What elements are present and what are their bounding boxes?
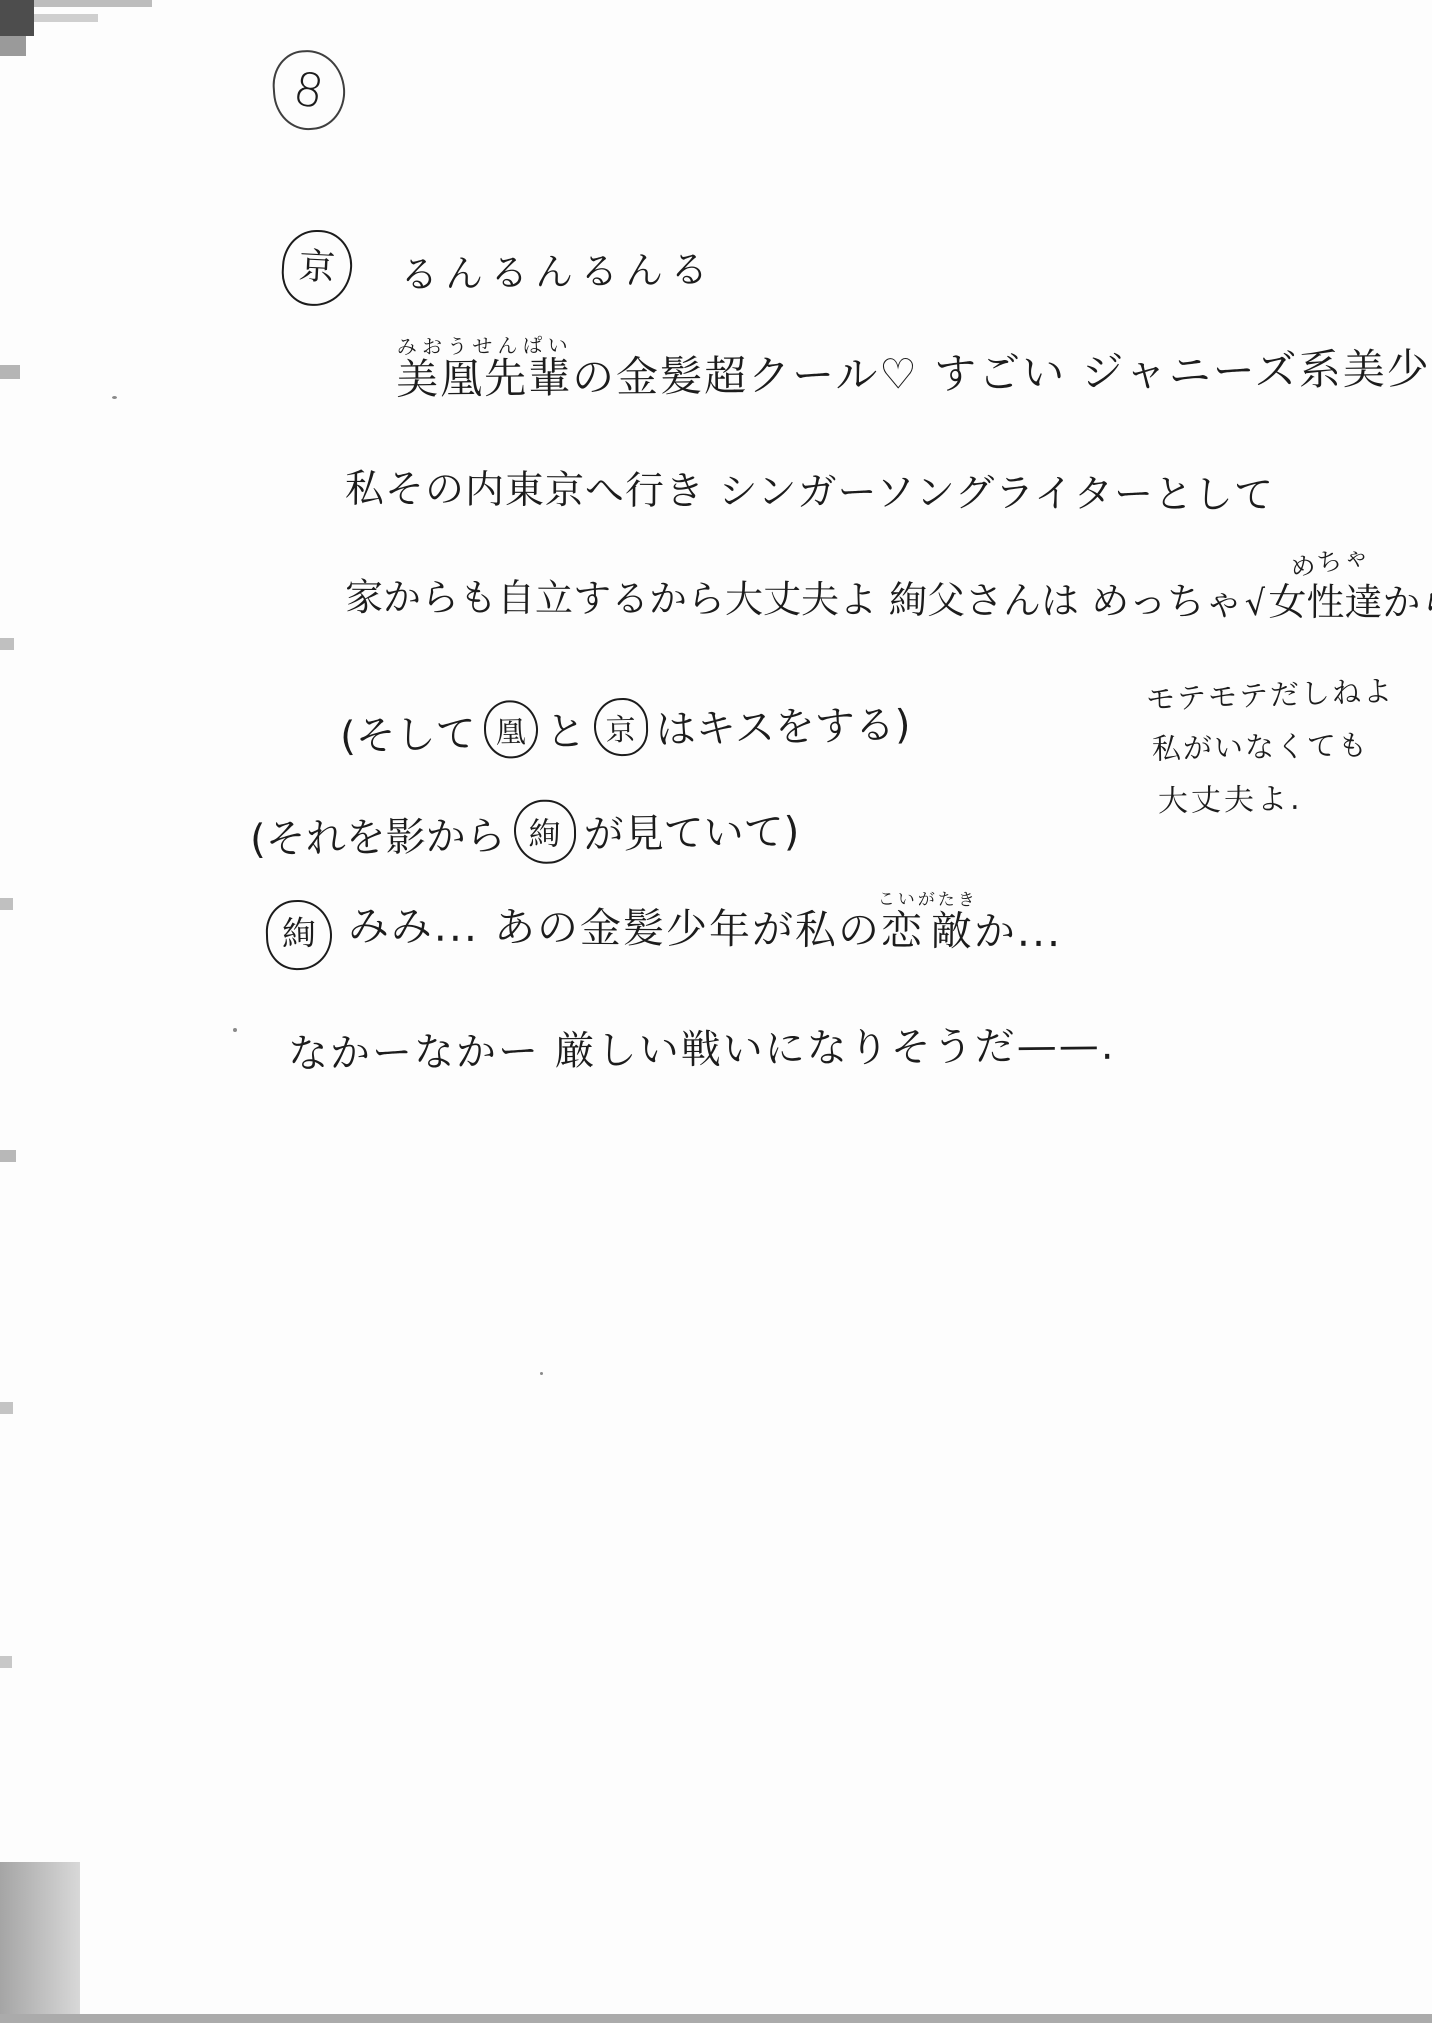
dialogue-line: 美凰先輩みおうせんぱいの金髪超クール♡ すごい ジャニーズ系美少年♡ — [396, 324, 1432, 403]
speaker-name: 京 — [298, 247, 336, 288]
speaker-badge-kyo: 京 — [280, 228, 354, 308]
scan-speck — [112, 396, 117, 399]
scan-strip-bottom — [0, 2014, 1432, 2023]
furigana: みおうせんぱい — [396, 333, 572, 359]
margin-note-line: モテモテだしねよ — [1146, 676, 1395, 717]
speaker-name: 絢 — [281, 916, 316, 955]
circled-name-text: 絢 — [528, 808, 561, 854]
circled-name-ou: 凰 — [483, 700, 538, 759]
scan-tick-left5 — [0, 1402, 13, 1414]
scan-tick-left6 — [0, 1656, 12, 1668]
stage-text: が見ていて) — [583, 800, 799, 860]
dialogue-line: 家からも自立するから大丈夫よ 絢父さんは めっちゃ√女性達から — [345, 577, 1432, 625]
speaker-badge-aya: 絢 — [265, 899, 333, 971]
circled-name-text: 凰 — [495, 707, 526, 752]
scan-speck — [540, 1372, 543, 1375]
scan-speck — [233, 1028, 237, 1032]
scan-corner-block2 — [0, 36, 26, 56]
circled-name-aya: 絢 — [513, 799, 576, 864]
page-number: 8 — [290, 63, 328, 118]
insertion-note: めちゃ — [1288, 541, 1373, 582]
scan-tick-left3 — [0, 898, 13, 910]
stage-direction-kiss: (そして 凰 と 京 はキスをする) — [339, 692, 911, 762]
scan-corner-block — [0, 0, 34, 36]
circled-name-text: 京 — [605, 705, 636, 750]
dialogue-text: みみ... あの金髪少年が私の — [348, 902, 882, 955]
dialogue-text: 女性達から — [1268, 580, 1432, 625]
dialogue-text: の金髪超クール♡ すごい ジャニーズ系美少年♡ — [572, 343, 1432, 402]
stage-text: と — [545, 699, 586, 757]
ruby-mio-senpai: 美凰先輩みおうせんぱい — [396, 353, 573, 404]
stage-direction-watching: (それを影から 絢 が見ていて) — [250, 796, 800, 868]
dialogue-line: みみ... あの金髪少年が私の恋敵こいがたきか... — [348, 885, 1063, 955]
dialogue-text: 家からも自立するから大丈夫よ 絢父さんは めっちゃ — [345, 575, 1243, 624]
dialogue-text: か... — [974, 907, 1063, 956]
dialogue-line: るんるんるんる — [400, 249, 716, 296]
circled-name-kyo: 京 — [593, 698, 648, 757]
ruby-base: 恋敵 — [877, 907, 977, 956]
dialogue-line: なかーなかー 厳しい戦いになりそうだ——. — [288, 1024, 1116, 1077]
scan-band-bottom-left — [0, 1862, 80, 2023]
scan-tick-left2 — [0, 638, 14, 650]
margin-note-line: 私がいなくても — [1152, 730, 1370, 766]
insertion-caret: √ — [1243, 585, 1268, 624]
ruby-base: 美凰先輩 — [396, 353, 573, 404]
margin-note-line: 大丈夫よ. — [1158, 783, 1303, 819]
page-number-circle: 8 — [270, 48, 347, 133]
scan-tick-left1 — [0, 365, 20, 379]
furigana: こいがたき — [878, 890, 978, 911]
ruby-koigataki: 恋敵こいがたき — [881, 907, 974, 956]
stage-text: (そして — [339, 702, 476, 762]
scanned-handwritten-page: 8 京 るんるんるんる 美凰先輩みおうせんぱいの金髪超クール♡ すごい ジャニー… — [0, 0, 1432, 2023]
dialogue-line: 私その内東京へ行き シンガーソングライターとして — [345, 469, 1274, 518]
scan-tick-left4 — [0, 1150, 16, 1162]
stage-text: (それを影から — [250, 804, 506, 865]
stage-text: はキスをする) — [655, 693, 911, 755]
